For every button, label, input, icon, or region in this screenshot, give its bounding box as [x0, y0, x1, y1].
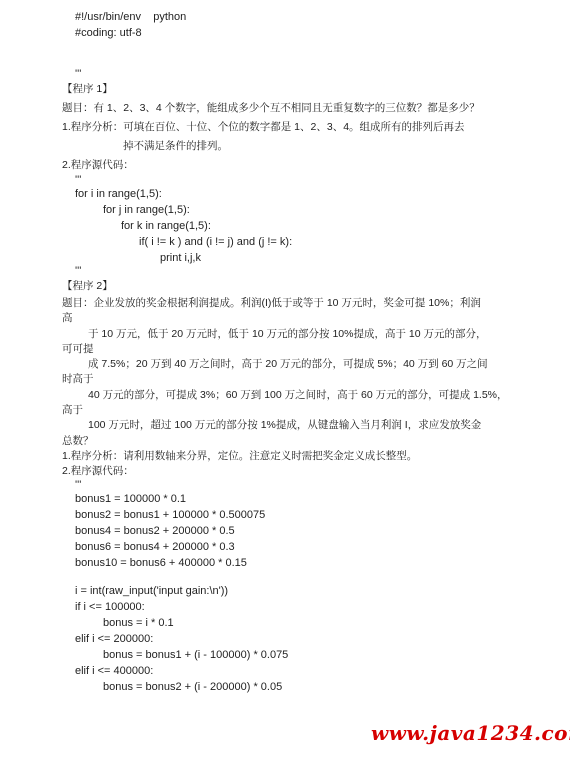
code-line: print i,j,k [62, 250, 550, 266]
code-line: bonus4 = bonus2 + 200000 * 0.5 [62, 523, 550, 539]
code-line: ''' [62, 480, 550, 491]
text-line: 1.程序分析：请利用数轴来分界，定位。注意定义时需把奖金定义成长整型。 [62, 449, 550, 464]
document-page: #!/usr/bin/env python#coding: utf-8'''【程… [0, 0, 570, 758]
watermark-url: www.java1234.com [371, 721, 570, 745]
code-line: for k in range(1,5): [62, 218, 550, 234]
code-line: bonus = bonus2 + (i - 200000) * 0.05 [62, 679, 550, 695]
code-line: bonus2 = bonus1 + 100000 * 0.500075 [62, 507, 550, 523]
text-line: 100 万元时，超过 100 万元的部分按 1%提成，从键盘输入当月利润 I，求… [62, 418, 550, 433]
text-line: 总数？ [62, 434, 550, 449]
code-line: elif i <= 400000: [62, 663, 550, 679]
code-line: elif i <= 200000: [62, 631, 550, 647]
text-line: 1.程序分析：可填在百位、十位、个位的数字都是 1、2、3、4。组成所有的排列后… [62, 118, 550, 137]
text-line: 题目：企业发放的奖金根据利润提成。利润(I)低于或等于 10 万元时，奖金可提 … [62, 296, 550, 311]
text-line: 可可提 [62, 342, 550, 357]
blank-line [62, 55, 550, 69]
text-line: 时高于 [62, 372, 550, 387]
blank-line [62, 41, 550, 55]
text-line: 高 [62, 311, 550, 326]
code-line: bonus = bonus1 + (i - 100000) * 0.075 [62, 647, 550, 663]
code-line: ''' [62, 175, 550, 186]
text-line: 【程序 2】 [62, 277, 550, 296]
code-line: if( i != k ) and (i != j) and (j != k): [62, 234, 550, 250]
code-line: for i in range(1,5): [62, 186, 550, 202]
text-line: 40 万元的部分，可提成 3%；60 万到 100 万之间时，高于 60 万元的… [62, 388, 550, 403]
code-line: ''' [62, 69, 550, 80]
text-line: 题目：有 1、2、3、4 个数字，能组成多少个互不相同且无重复数字的三位数？都是… [62, 99, 550, 118]
document-body: #!/usr/bin/env python#coding: utf-8'''【程… [62, 9, 550, 695]
code-line: #!/usr/bin/env python [62, 9, 550, 25]
code-line: #coding: utf-8 [62, 25, 550, 41]
code-line: i = int(raw_input('input gain:\n')) [62, 583, 550, 599]
code-line: bonus10 = bonus6 + 400000 * 0.15 [62, 555, 550, 571]
code-line: for j in range(1,5): [62, 202, 550, 218]
code-line: bonus = i * 0.1 [62, 615, 550, 631]
text-line: 成 7.5%；20 万到 40 万之间时，高于 20 万元的部分，可提成 5%；… [62, 357, 550, 372]
text-line: 掉不满足条件的排列。 [62, 137, 550, 156]
code-line: bonus6 = bonus4 + 200000 * 0.3 [62, 539, 550, 555]
text-line: 2.程序源代码： [62, 464, 550, 479]
text-line: 高于 [62, 403, 550, 418]
code-line: if i <= 100000: [62, 599, 550, 615]
text-line: 于 10 万元，低于 20 万元时，低于 10 万元的部分按 10%提成，高于 … [62, 327, 550, 342]
code-line: ''' [62, 266, 550, 277]
code-line: bonus1 = 100000 * 0.1 [62, 491, 550, 507]
text-line: 2.程序源代码： [62, 156, 550, 175]
blank-line [62, 571, 550, 583]
text-line: 【程序 1】 [62, 80, 550, 99]
